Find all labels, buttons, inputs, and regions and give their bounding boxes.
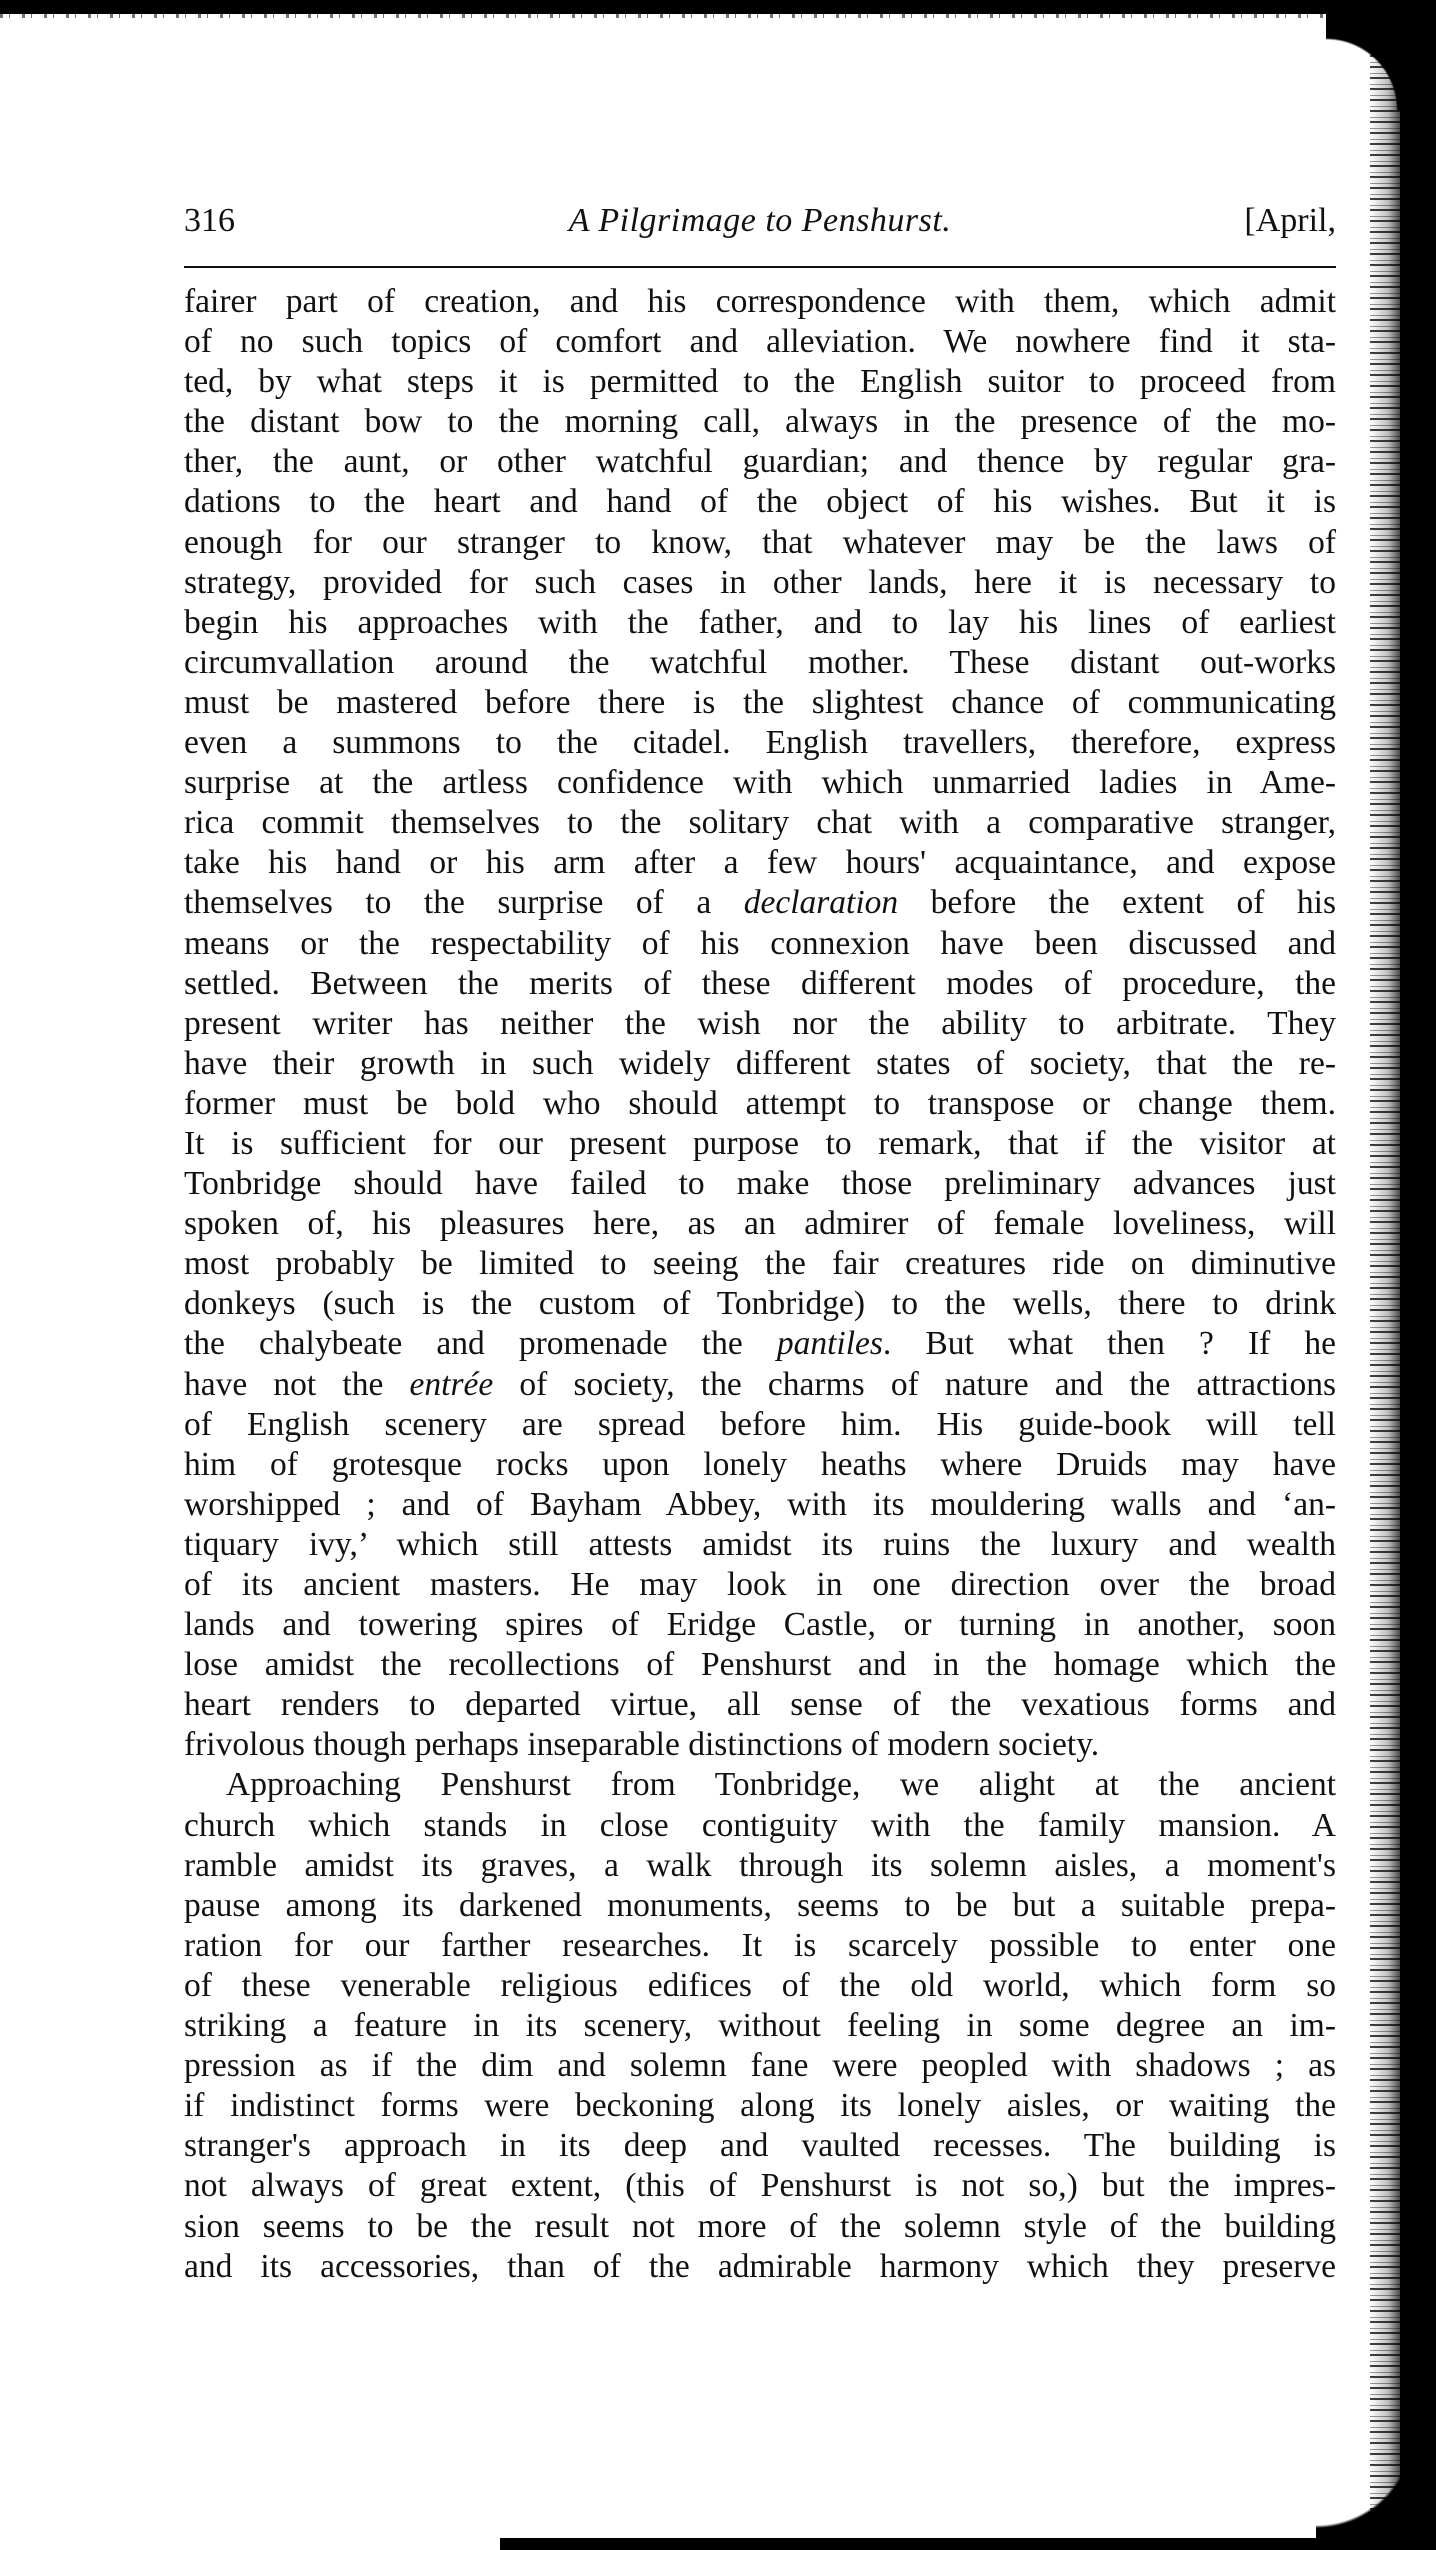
text-run: of society, the charms of nature and the… xyxy=(493,1366,1336,1403)
text-line: rica commit themselves to the solitary c… xyxy=(184,803,1336,843)
text-line: present writer has neither the wish nor … xyxy=(184,1004,1336,1044)
running-head: 316 A Pilgrimage to Penshurst. [April, xyxy=(184,196,1336,246)
text-line: heart renders to departed virtue, all se… xyxy=(184,1685,1336,1725)
text-run: . But what then ? If he xyxy=(883,1325,1336,1362)
text-line: lose amidst the recollections of Penshur… xyxy=(184,1645,1336,1685)
scan-corner-top-right xyxy=(1326,0,1436,110)
text-line-paragraph-end: frivolous though perhaps inseparable dis… xyxy=(184,1725,1336,1765)
text-line: striking a feature in its scenery, witho… xyxy=(184,2006,1336,2046)
text-line: the chalybeate and promenade the pantile… xyxy=(184,1324,1336,1364)
text-line: stranger's approach in its deep and vaul… xyxy=(184,2126,1336,2166)
text-run: before the extent of his xyxy=(898,884,1336,921)
text-line: ramble amidst its graves, a walk through… xyxy=(184,1846,1336,1886)
text-line: It is sufficient for our present purpose… xyxy=(184,1124,1336,1164)
text-run: themselves to the surprise of a xyxy=(184,884,744,921)
book-page: 316 A Pilgrimage to Penshurst. [April, f… xyxy=(184,196,1336,2287)
text-line: of its ancient masters. He may look in o… xyxy=(184,1565,1336,1605)
italic-term: pantiles xyxy=(777,1325,883,1362)
text-line: enough for our stranger to know, that wh… xyxy=(184,523,1336,563)
text-line: themselves to the surprise of a declarat… xyxy=(184,883,1336,923)
text-line: donkeys (such is the custom of Tonbridge… xyxy=(184,1284,1336,1324)
running-title: A Pilgrimage to Penshurst. xyxy=(184,196,1336,246)
text-line: pause among its darkened monuments, seem… xyxy=(184,1886,1336,1926)
header-rule xyxy=(184,266,1336,268)
text-line: have their growth in such widely differe… xyxy=(184,1044,1336,1084)
text-line: former must be bold who should attempt t… xyxy=(184,1084,1336,1124)
text-line: must be mastered before there is the sli… xyxy=(184,683,1336,723)
text-line: tiquary ivy,’ which still attests amidst… xyxy=(184,1525,1336,1565)
text-line: not always of great extent, (this of Pen… xyxy=(184,2166,1336,2206)
text-line: worshipped ; and of Bayham Abbey, with i… xyxy=(184,1485,1336,1525)
text-line: pression as if the dim and solemn fane w… xyxy=(184,2046,1336,2086)
text-line: fairer part of creation, and his corresp… xyxy=(184,282,1336,322)
text-line: of these venerable religious edifices of… xyxy=(184,1966,1336,2006)
text-line: settled. Between the merits of these dif… xyxy=(184,964,1336,1004)
text-line: if indistinct forms were beckoning along… xyxy=(184,2086,1336,2126)
body-text: fairer part of creation, and his corresp… xyxy=(184,282,1336,2287)
italic-term: entrée xyxy=(410,1366,494,1403)
text-line-paragraph-start: Approaching Penshurst from Tonbridge, we… xyxy=(184,1765,1336,1805)
text-line: dations to the heart and hand of the obj… xyxy=(184,482,1336,522)
scan-corner-bottom-right xyxy=(1316,2430,1436,2550)
running-month: [April, xyxy=(1244,196,1336,246)
text-line: most probably be limited to seeing the f… xyxy=(184,1244,1336,1284)
text-line: even a summons to the citadel. English t… xyxy=(184,723,1336,763)
text-line: take his hand or his arm after a few hou… xyxy=(184,843,1336,883)
text-line: ther, the aunt, or other watchful guardi… xyxy=(184,442,1336,482)
text-line: him of grotesque rocks upon lonely heath… xyxy=(184,1445,1336,1485)
text-line: church which stands in close contiguity … xyxy=(184,1806,1336,1846)
text-line: of no such topics of comfort and allevia… xyxy=(184,322,1336,362)
text-line: strategy, provided for such cases in oth… xyxy=(184,563,1336,603)
text-line: the distant bow to the morning call, alw… xyxy=(184,402,1336,442)
scan-edge-bottom xyxy=(500,2538,1436,2550)
text-run: have not the xyxy=(184,1366,410,1403)
text-run: the chalybeate and promenade the xyxy=(184,1325,777,1362)
text-line: of English scenery are spread before him… xyxy=(184,1405,1336,1445)
text-line: surprise at the artless confidence with … xyxy=(184,763,1336,803)
text-line: ration for our farther researches. It is… xyxy=(184,1926,1336,1966)
text-line: sion seems to be the result not more of … xyxy=(184,2207,1336,2247)
text-line: and its accessories, than of the admirab… xyxy=(184,2247,1336,2287)
scan-edge-right-noise xyxy=(1370,30,1400,2510)
text-line: lands and towering spires of Eridge Cast… xyxy=(184,1605,1336,1645)
scan-edge-top-noise xyxy=(0,14,1436,18)
text-line: ted, by what steps it is permitted to th… xyxy=(184,362,1336,402)
text-line: circumvallation around the watchful moth… xyxy=(184,643,1336,683)
text-line: have not the entrée of society, the char… xyxy=(184,1365,1336,1405)
text-line: Tonbridge should have failed to make tho… xyxy=(184,1164,1336,1204)
text-line: begin his approaches with the father, an… xyxy=(184,603,1336,643)
text-line: means or the respectability of his conne… xyxy=(184,924,1336,964)
scan-edge-top xyxy=(0,0,1436,14)
text-line: spoken of, his pleasures here, as an adm… xyxy=(184,1204,1336,1244)
scan-edge-right xyxy=(1400,0,1436,2550)
italic-term: declaration xyxy=(744,884,898,921)
